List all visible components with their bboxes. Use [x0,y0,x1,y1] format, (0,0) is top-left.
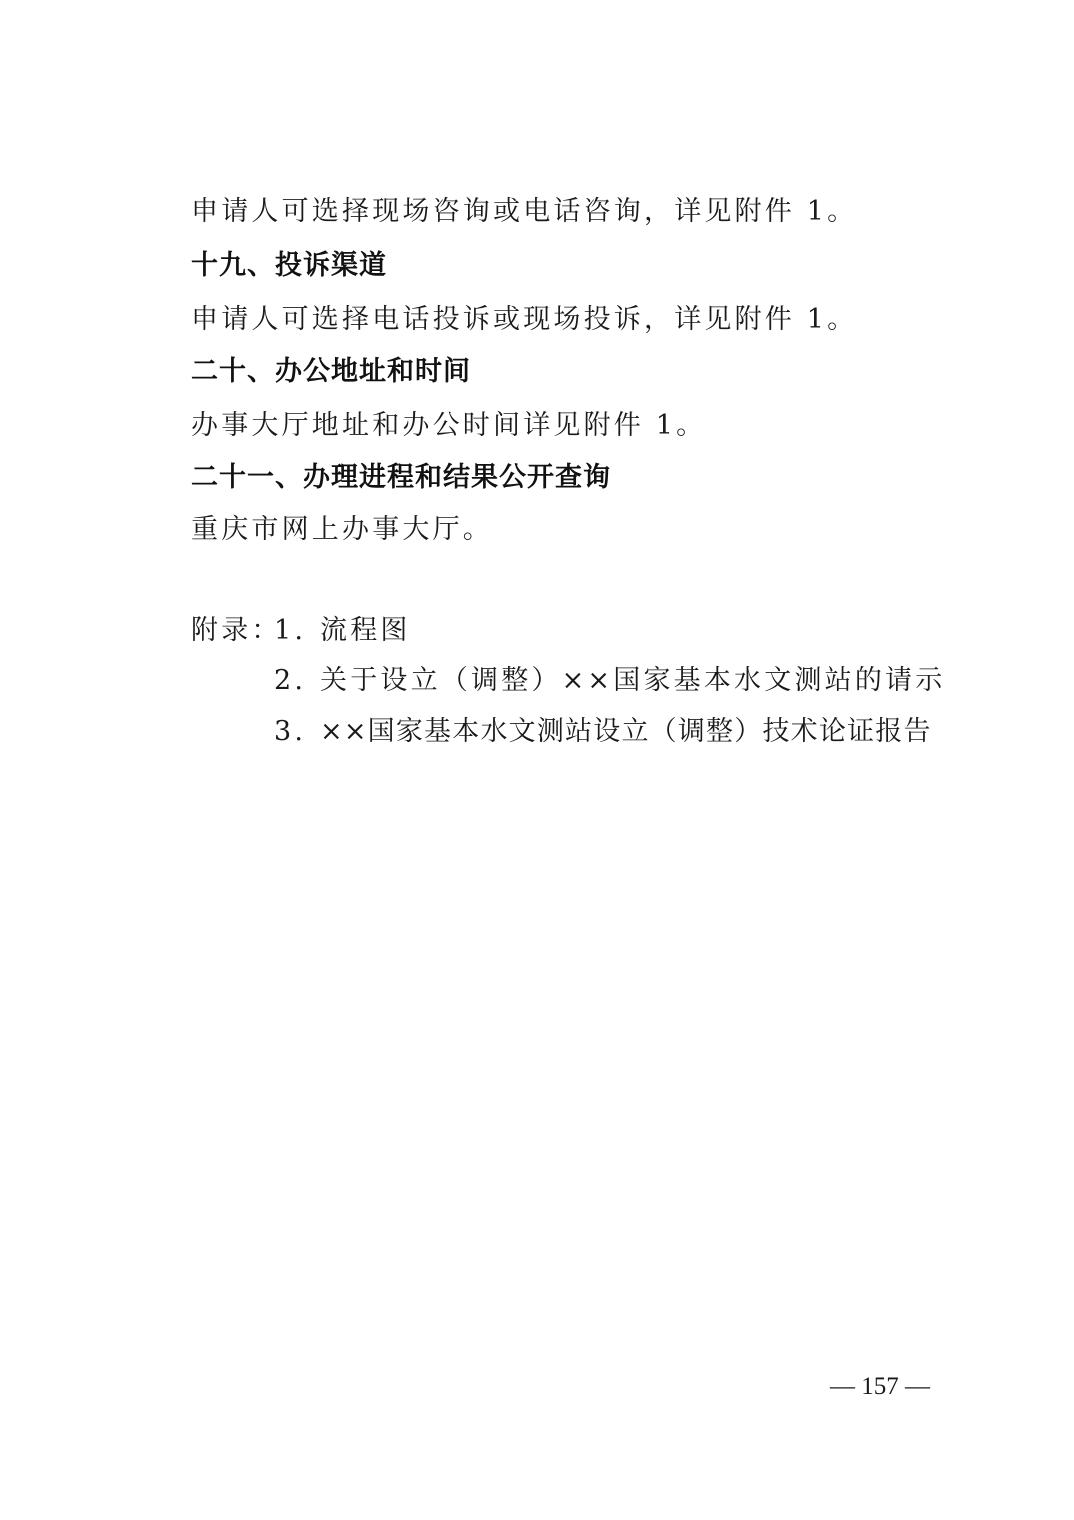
appendix-item-number: 1. [274,615,306,647]
section-heading-complaint-channels: 十九、投诉渠道 [191,250,387,282]
consultation-paragraph: 申请人可选择现场咨询或电话咨询，详见附件 1。 [191,196,857,228]
page-number: — 157 — [830,1372,930,1402]
appendix-item-text: ××国家基本水文测站设立（调整）技术论证报告 [320,716,932,748]
appendix-label: 附录： [191,615,282,647]
section-heading-progress-query: 二十一、办理进程和结果公开查询 [191,462,611,494]
progress-query-paragraph: 重庆市网上办事大厅。 [191,514,493,546]
office-address-paragraph: 办事大厅地址和办公时间详见附件 1。 [191,410,706,442]
complaint-paragraph: 申请人可选择电话投诉或现场投诉，详见附件 1。 [191,304,857,336]
appendix-item-text: 流程图 [320,615,411,647]
appendix-item-number: 3. [274,716,306,748]
section-heading-office-address: 二十、办公地址和时间 [191,356,471,388]
appendix-item-text: 关于设立（调整）××国家基本水文测站的请示 [320,665,945,697]
appendix-item-number: 2. [274,665,306,697]
